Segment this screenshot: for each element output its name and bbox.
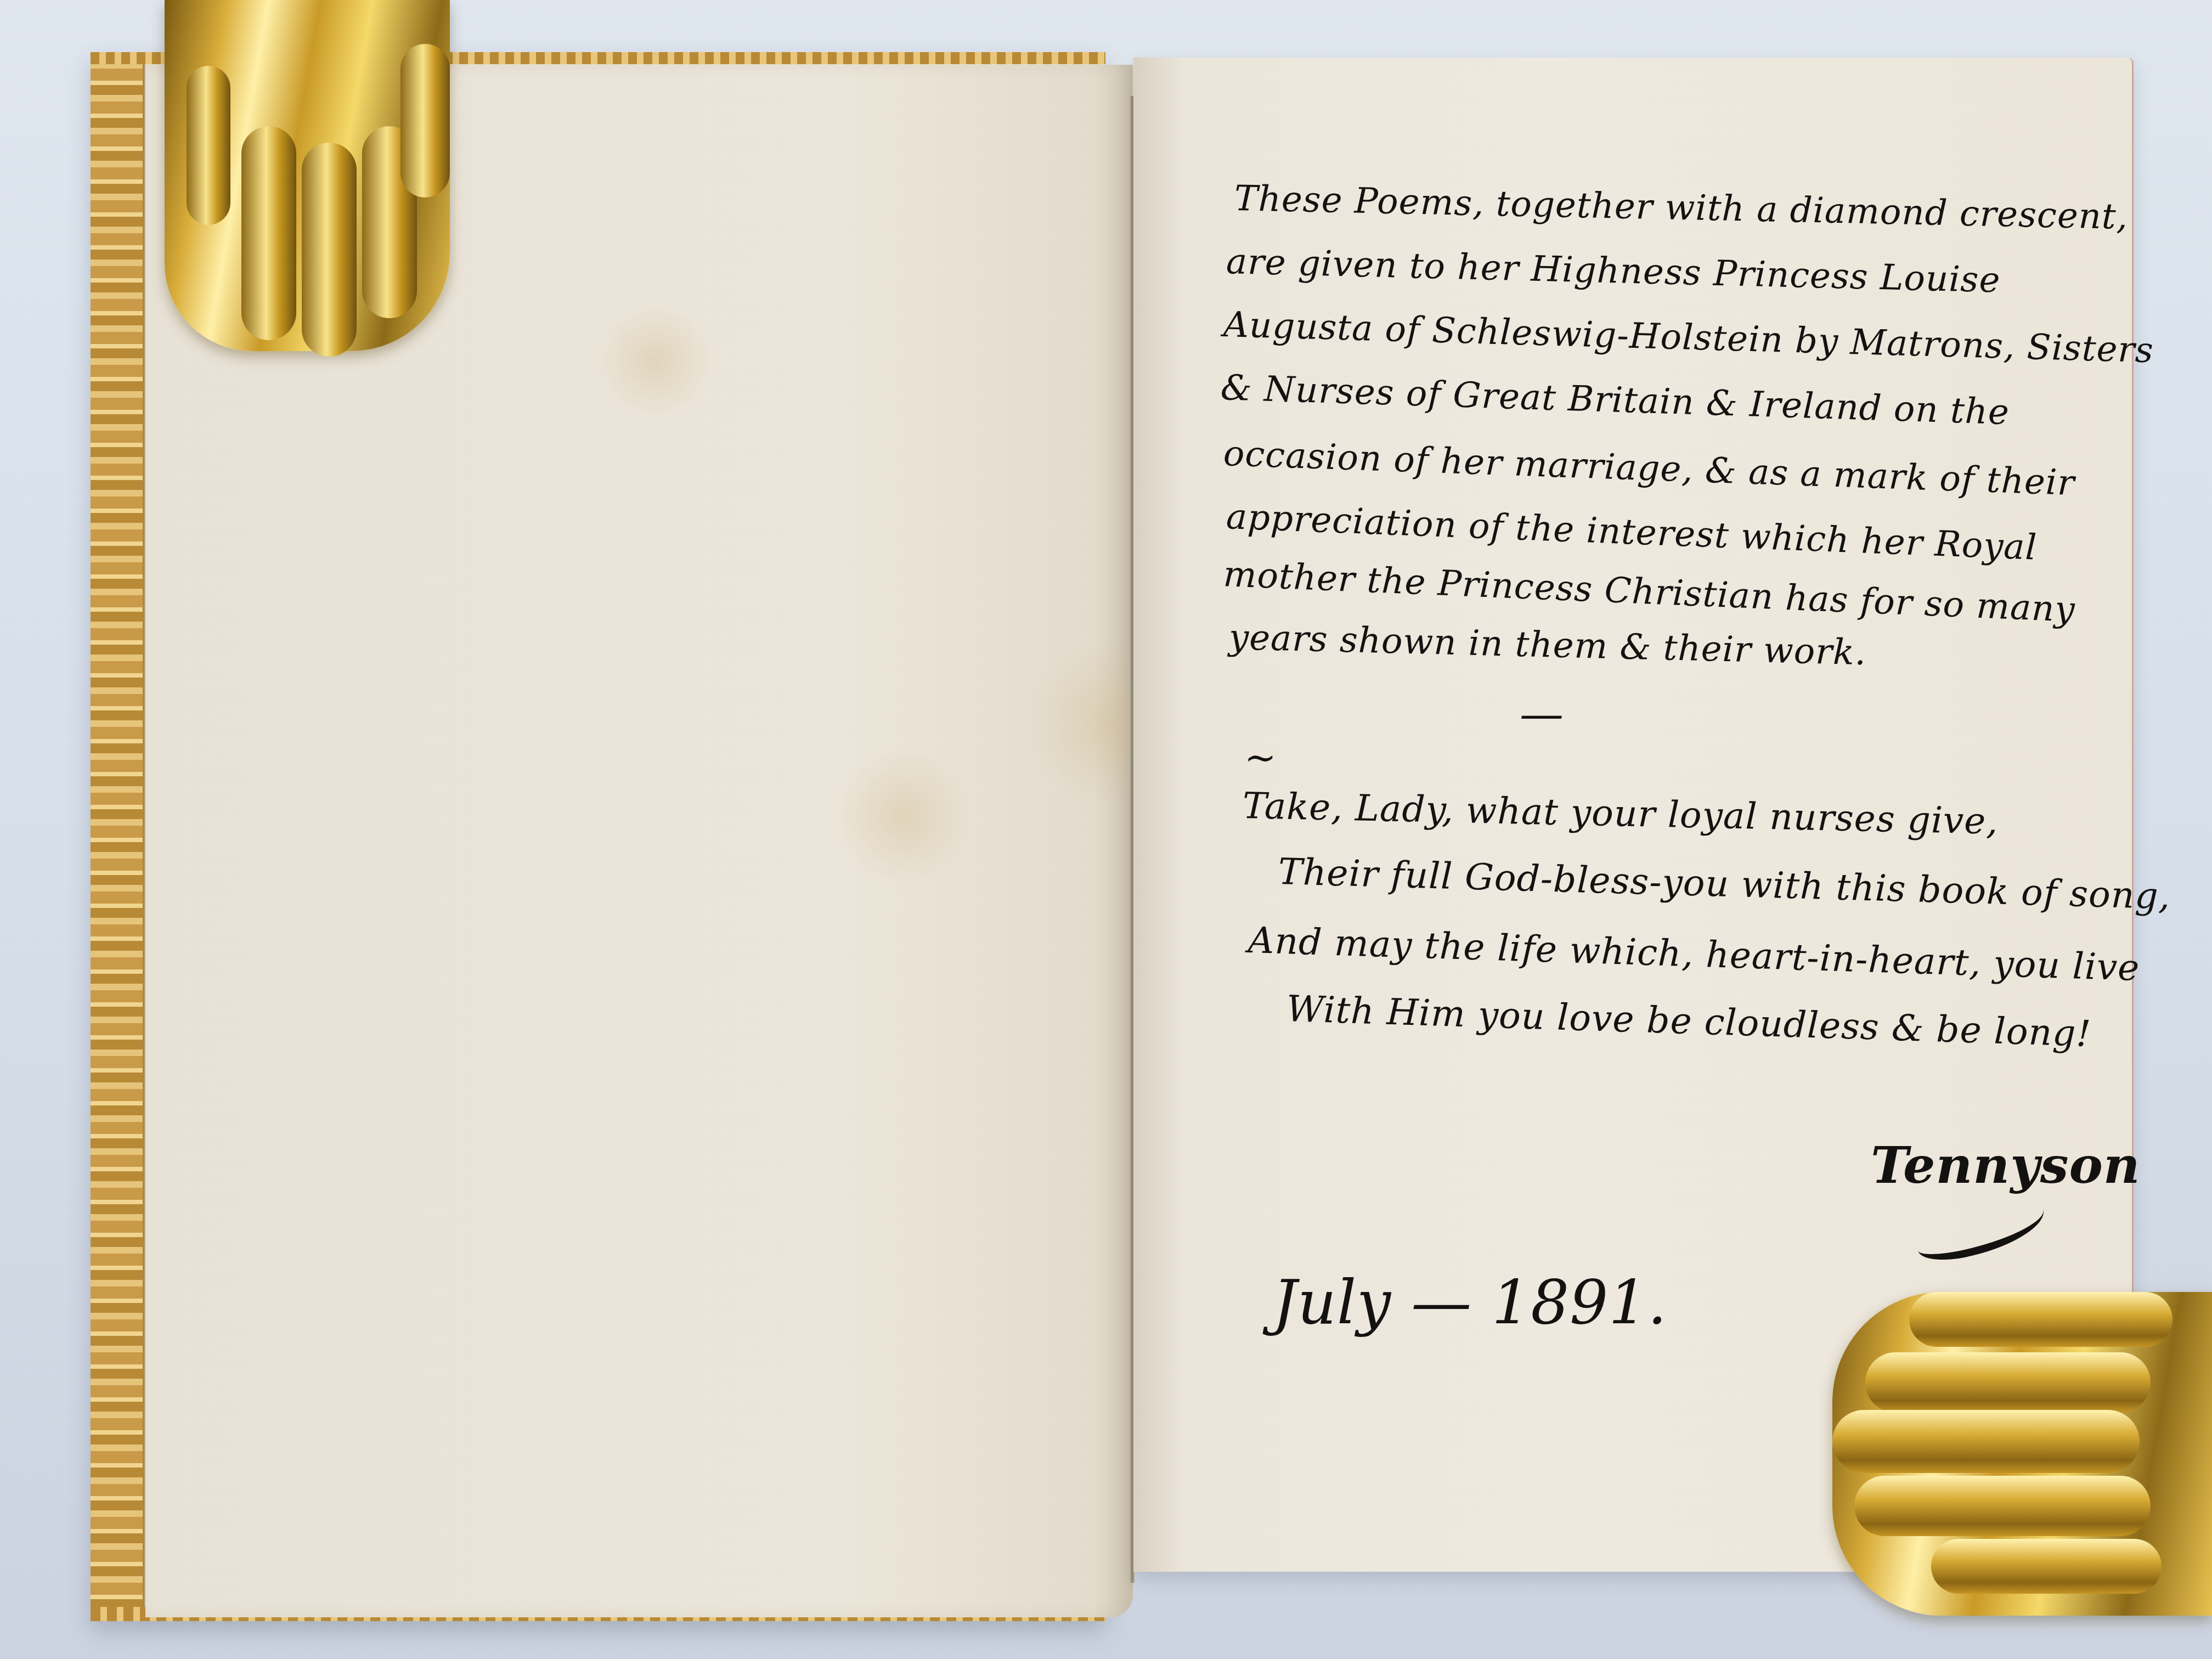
finger	[241, 126, 296, 340]
signature: Tennyson	[1871, 1136, 2141, 1195]
finger	[187, 66, 230, 225]
brass-hand-top	[165, 0, 450, 351]
photo-scene: These Poems, together with a diamond cre…	[0, 0, 2212, 1659]
date: July — 1891.	[1273, 1267, 1667, 1338]
foxing-stain	[831, 751, 974, 882]
brass-hand-bottom	[1832, 1292, 2212, 1616]
gilt-border	[91, 52, 144, 1621]
foxing-stain	[595, 306, 716, 416]
finger	[302, 143, 357, 357]
tilde-mark: ~	[1244, 735, 1277, 780]
finger	[1909, 1292, 2172, 1347]
finger	[1854, 1476, 2151, 1536]
separator-dash: —	[1520, 689, 1564, 740]
finger	[1832, 1410, 2140, 1473]
finger	[1865, 1352, 2151, 1413]
thumb	[400, 44, 450, 198]
thumb	[1931, 1539, 2162, 1594]
